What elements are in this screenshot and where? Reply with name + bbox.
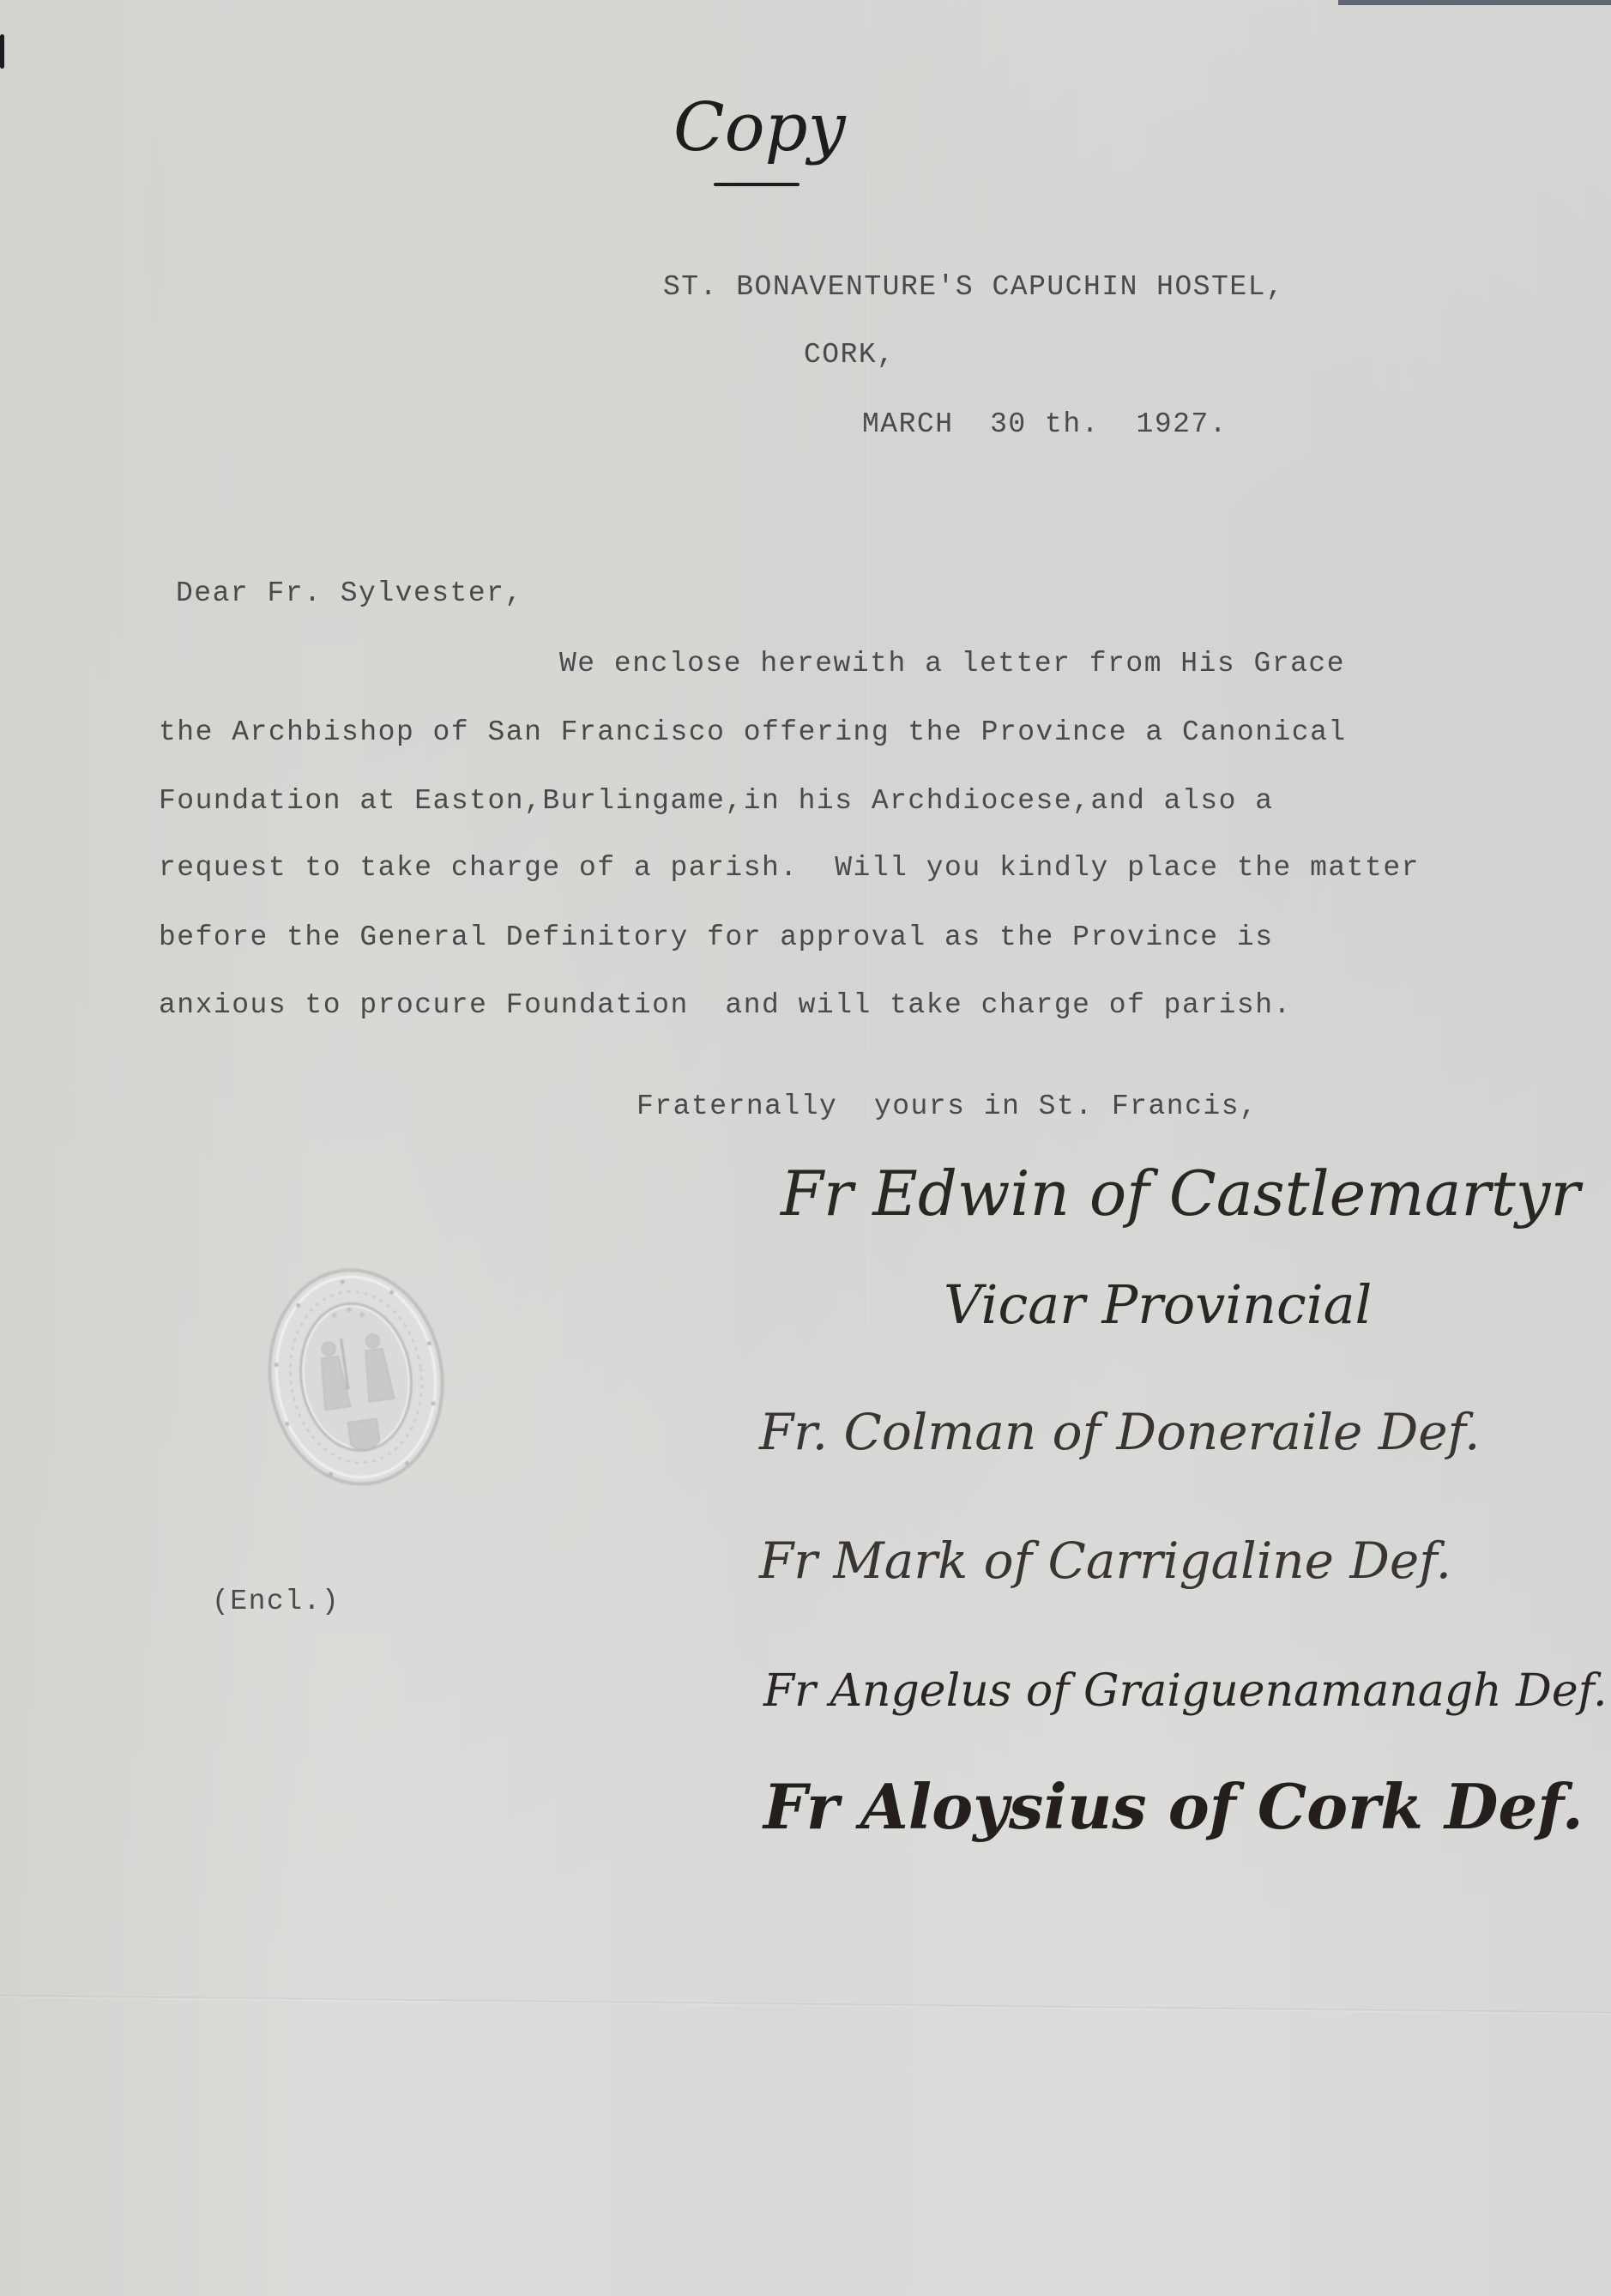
signature-definitor-3: Fr Angelus of Graiguenamanagh Def. — [763, 1669, 1608, 1713]
body-line-5: before the General Definitory for approv… — [159, 923, 1274, 952]
letterhead-institution: ST. BONAVENTURE'S CAPUCHIN HOSTEL, — [663, 273, 1284, 301]
signature-vicar-provincial: Fr Edwin of Castlemartyr — [781, 1163, 1580, 1224]
body-line-4: request to take charge of a parish. Will… — [159, 854, 1420, 882]
horizontal-fold-crease — [0, 1995, 1611, 2015]
signature-definitor-2: Fr Mark of Carrigaline Def. — [759, 1536, 1451, 1586]
signature-title: Vicar Provincial — [944, 1278, 1372, 1332]
signature-definitor-1: Fr. Colman of Doneraile Def. — [759, 1407, 1480, 1457]
letterhead-city: CORK, — [804, 341, 896, 369]
copy-underline — [714, 183, 799, 186]
salutation: Dear Fr. Sylvester, — [176, 579, 523, 607]
signature-definitor-4: Fr Aloysius of Cork Def. — [763, 1776, 1584, 1838]
body-line-3: Foundation at Easton,Burlingame,in his A… — [159, 787, 1274, 815]
enclosure-note: (Encl.) — [212, 1587, 340, 1616]
background-edge-top — [1338, 0, 1611, 5]
embossed-seal-icon — [257, 1260, 455, 1495]
letter-page: Copy ST. BONAVENTURE'S CAPUCHIN HOSTEL, … — [0, 0, 1611, 2296]
body-line-6: anxious to procure Foundation and will t… — [159, 991, 1292, 1019]
copy-annotation: Copy — [673, 94, 846, 161]
body-line-2: the Archbishop of San Francisco offering… — [159, 718, 1347, 746]
closing: Fraternally yours in St. Francis, — [637, 1092, 1258, 1121]
letter-date: MARCH 30 th. 1927. — [862, 410, 1228, 438]
background-edge-left — [0, 34, 4, 69]
body-line-1: We enclose herewith a letter from His Gr… — [559, 650, 1345, 678]
